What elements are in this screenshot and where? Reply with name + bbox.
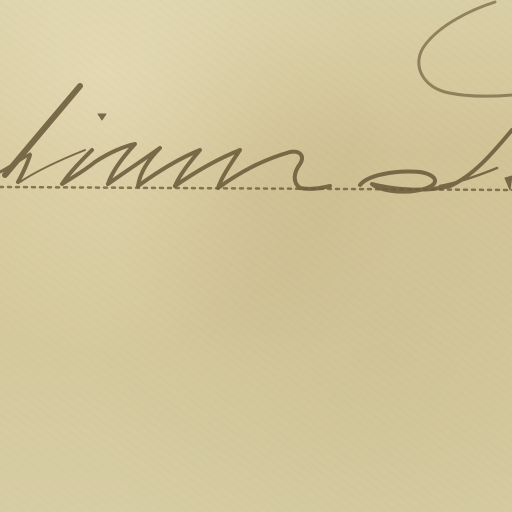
capital-flourish-stroke (419, 2, 512, 96)
i-dot (98, 114, 106, 120)
capital-L-stroke (360, 130, 512, 192)
handwriting-layer (0, 0, 512, 512)
